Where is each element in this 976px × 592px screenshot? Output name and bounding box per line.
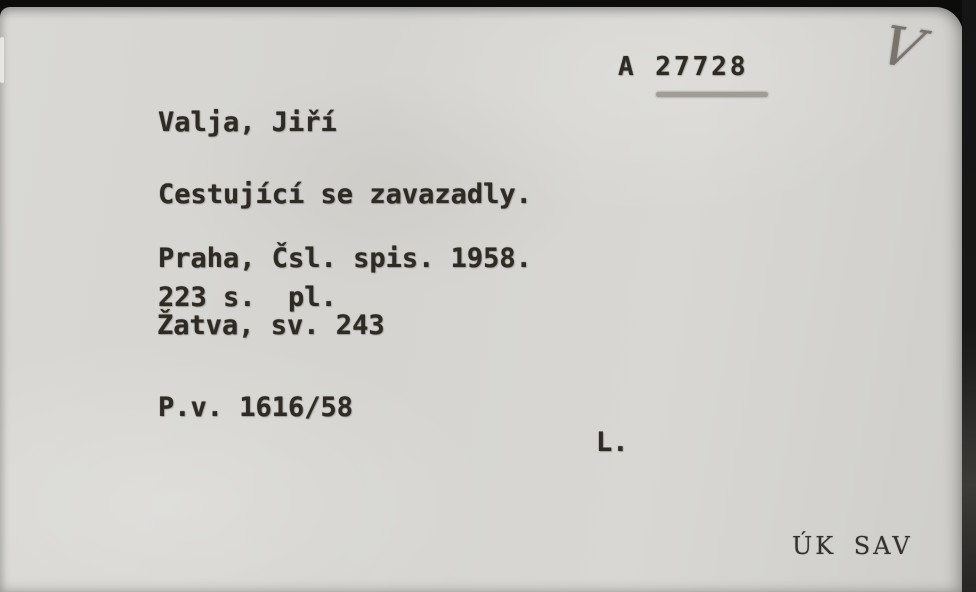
cataloguer-initial: L. (596, 429, 629, 456)
library-stamp: ÚK SAV (792, 534, 913, 558)
title-line: Cestující se zavazadly. (158, 181, 532, 208)
handwritten-check-mark: V (873, 19, 929, 77)
scanned-catalog-card: A 27728 V Valja, Jiří Cestující se zavaz… (0, 0, 976, 592)
pencil-underline (656, 92, 768, 97)
catalog-card: A 27728 V Valja, Jiří Cestující se zavaz… (0, 7, 963, 592)
collation-line: 223 s. pl. (158, 284, 337, 311)
accession-number-line: P.v. 1616/58 (158, 394, 353, 421)
imprint-line: Praha, Čsl. spis. 1958. (158, 245, 532, 272)
series-line: Žatva, sv. 243 (157, 312, 385, 339)
card-edge-highlight (0, 37, 4, 83)
author-line: Valja, Jiří (158, 109, 337, 136)
call-number: A 27728 (618, 54, 749, 80)
scan-right-edge (962, 0, 976, 592)
